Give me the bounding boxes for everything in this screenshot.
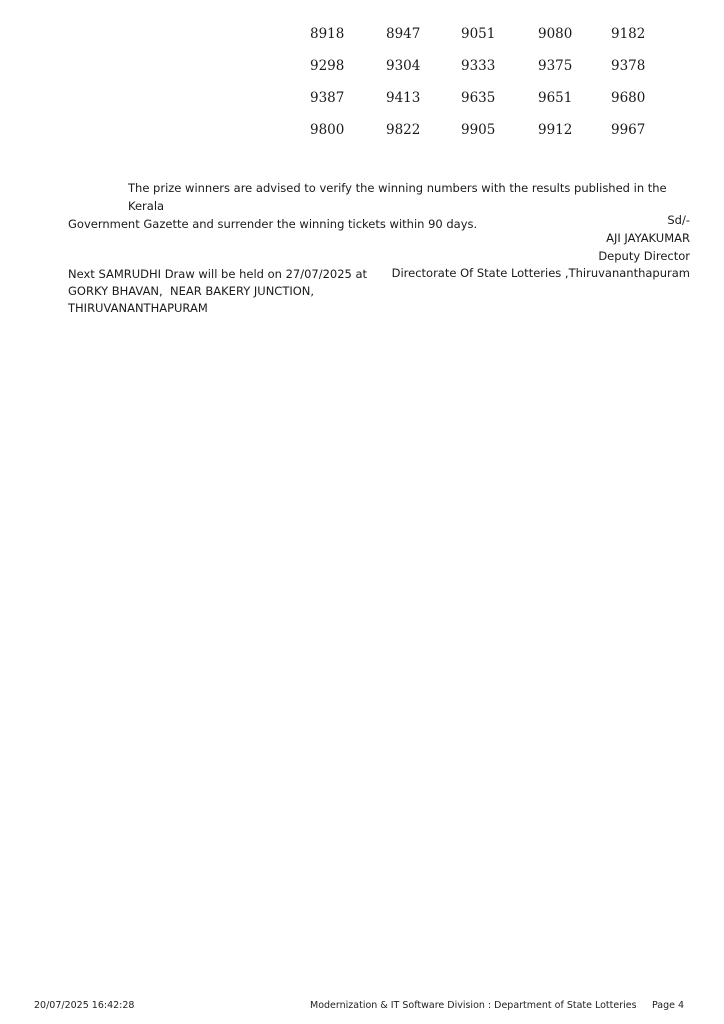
signatory-designation: Deputy Director — [598, 249, 690, 263]
ticket-number: 9375 — [538, 58, 572, 74]
ticket-number: 9387 — [310, 90, 344, 106]
notice-line-1: The prize winners are advised to verify … — [68, 179, 696, 215]
ticket-number: 9182 — [611, 26, 645, 42]
ticket-number: 9912 — [538, 122, 572, 138]
next-draw-line-1: Next SAMRUDHI Draw will be held on 27/07… — [68, 266, 367, 283]
footer-division: Modernization & IT Software Division : D… — [310, 1000, 637, 1011]
signature-mark: Sd/- — [667, 213, 690, 227]
prize-notice: The prize winners are advised to verify … — [68, 179, 696, 233]
ticket-number: 9378 — [611, 58, 645, 74]
ticket-number: 9800 — [310, 122, 344, 138]
footer-timestamp: 20/07/2025 16:42:28 — [34, 1000, 134, 1011]
ticket-number: 9822 — [386, 122, 420, 138]
signatory-name: AJI JAYAKUMAR — [606, 231, 690, 245]
ticket-number: 9905 — [461, 122, 495, 138]
ticket-number: 9651 — [538, 90, 572, 106]
next-draw-line-3: THIRUVANANTHAPURAM — [68, 300, 367, 317]
ticket-number: 9304 — [386, 58, 420, 74]
ticket-number: 9080 — [538, 26, 572, 42]
next-draw-info: Next SAMRUDHI Draw will be held on 27/07… — [68, 266, 367, 317]
ticket-number: 9967 — [611, 122, 645, 138]
ticket-number: 9635 — [461, 90, 495, 106]
next-draw-line-2: GORKY BHAVAN, NEAR BAKERY JUNCTION, — [68, 283, 367, 300]
notice-line-2: Government Gazette and surrender the win… — [68, 215, 696, 233]
footer-page-number: Page 4 — [652, 1000, 684, 1011]
ticket-number: 9051 — [461, 26, 495, 42]
ticket-number: 9298 — [310, 58, 344, 74]
signatory-office: Directorate Of State Lotteries ,Thiruvan… — [392, 266, 690, 280]
ticket-number: 8918 — [310, 26, 344, 42]
ticket-number: 8947 — [386, 26, 420, 42]
ticket-number: 9413 — [386, 90, 420, 106]
ticket-number: 9680 — [611, 90, 645, 106]
ticket-number: 9333 — [461, 58, 495, 74]
